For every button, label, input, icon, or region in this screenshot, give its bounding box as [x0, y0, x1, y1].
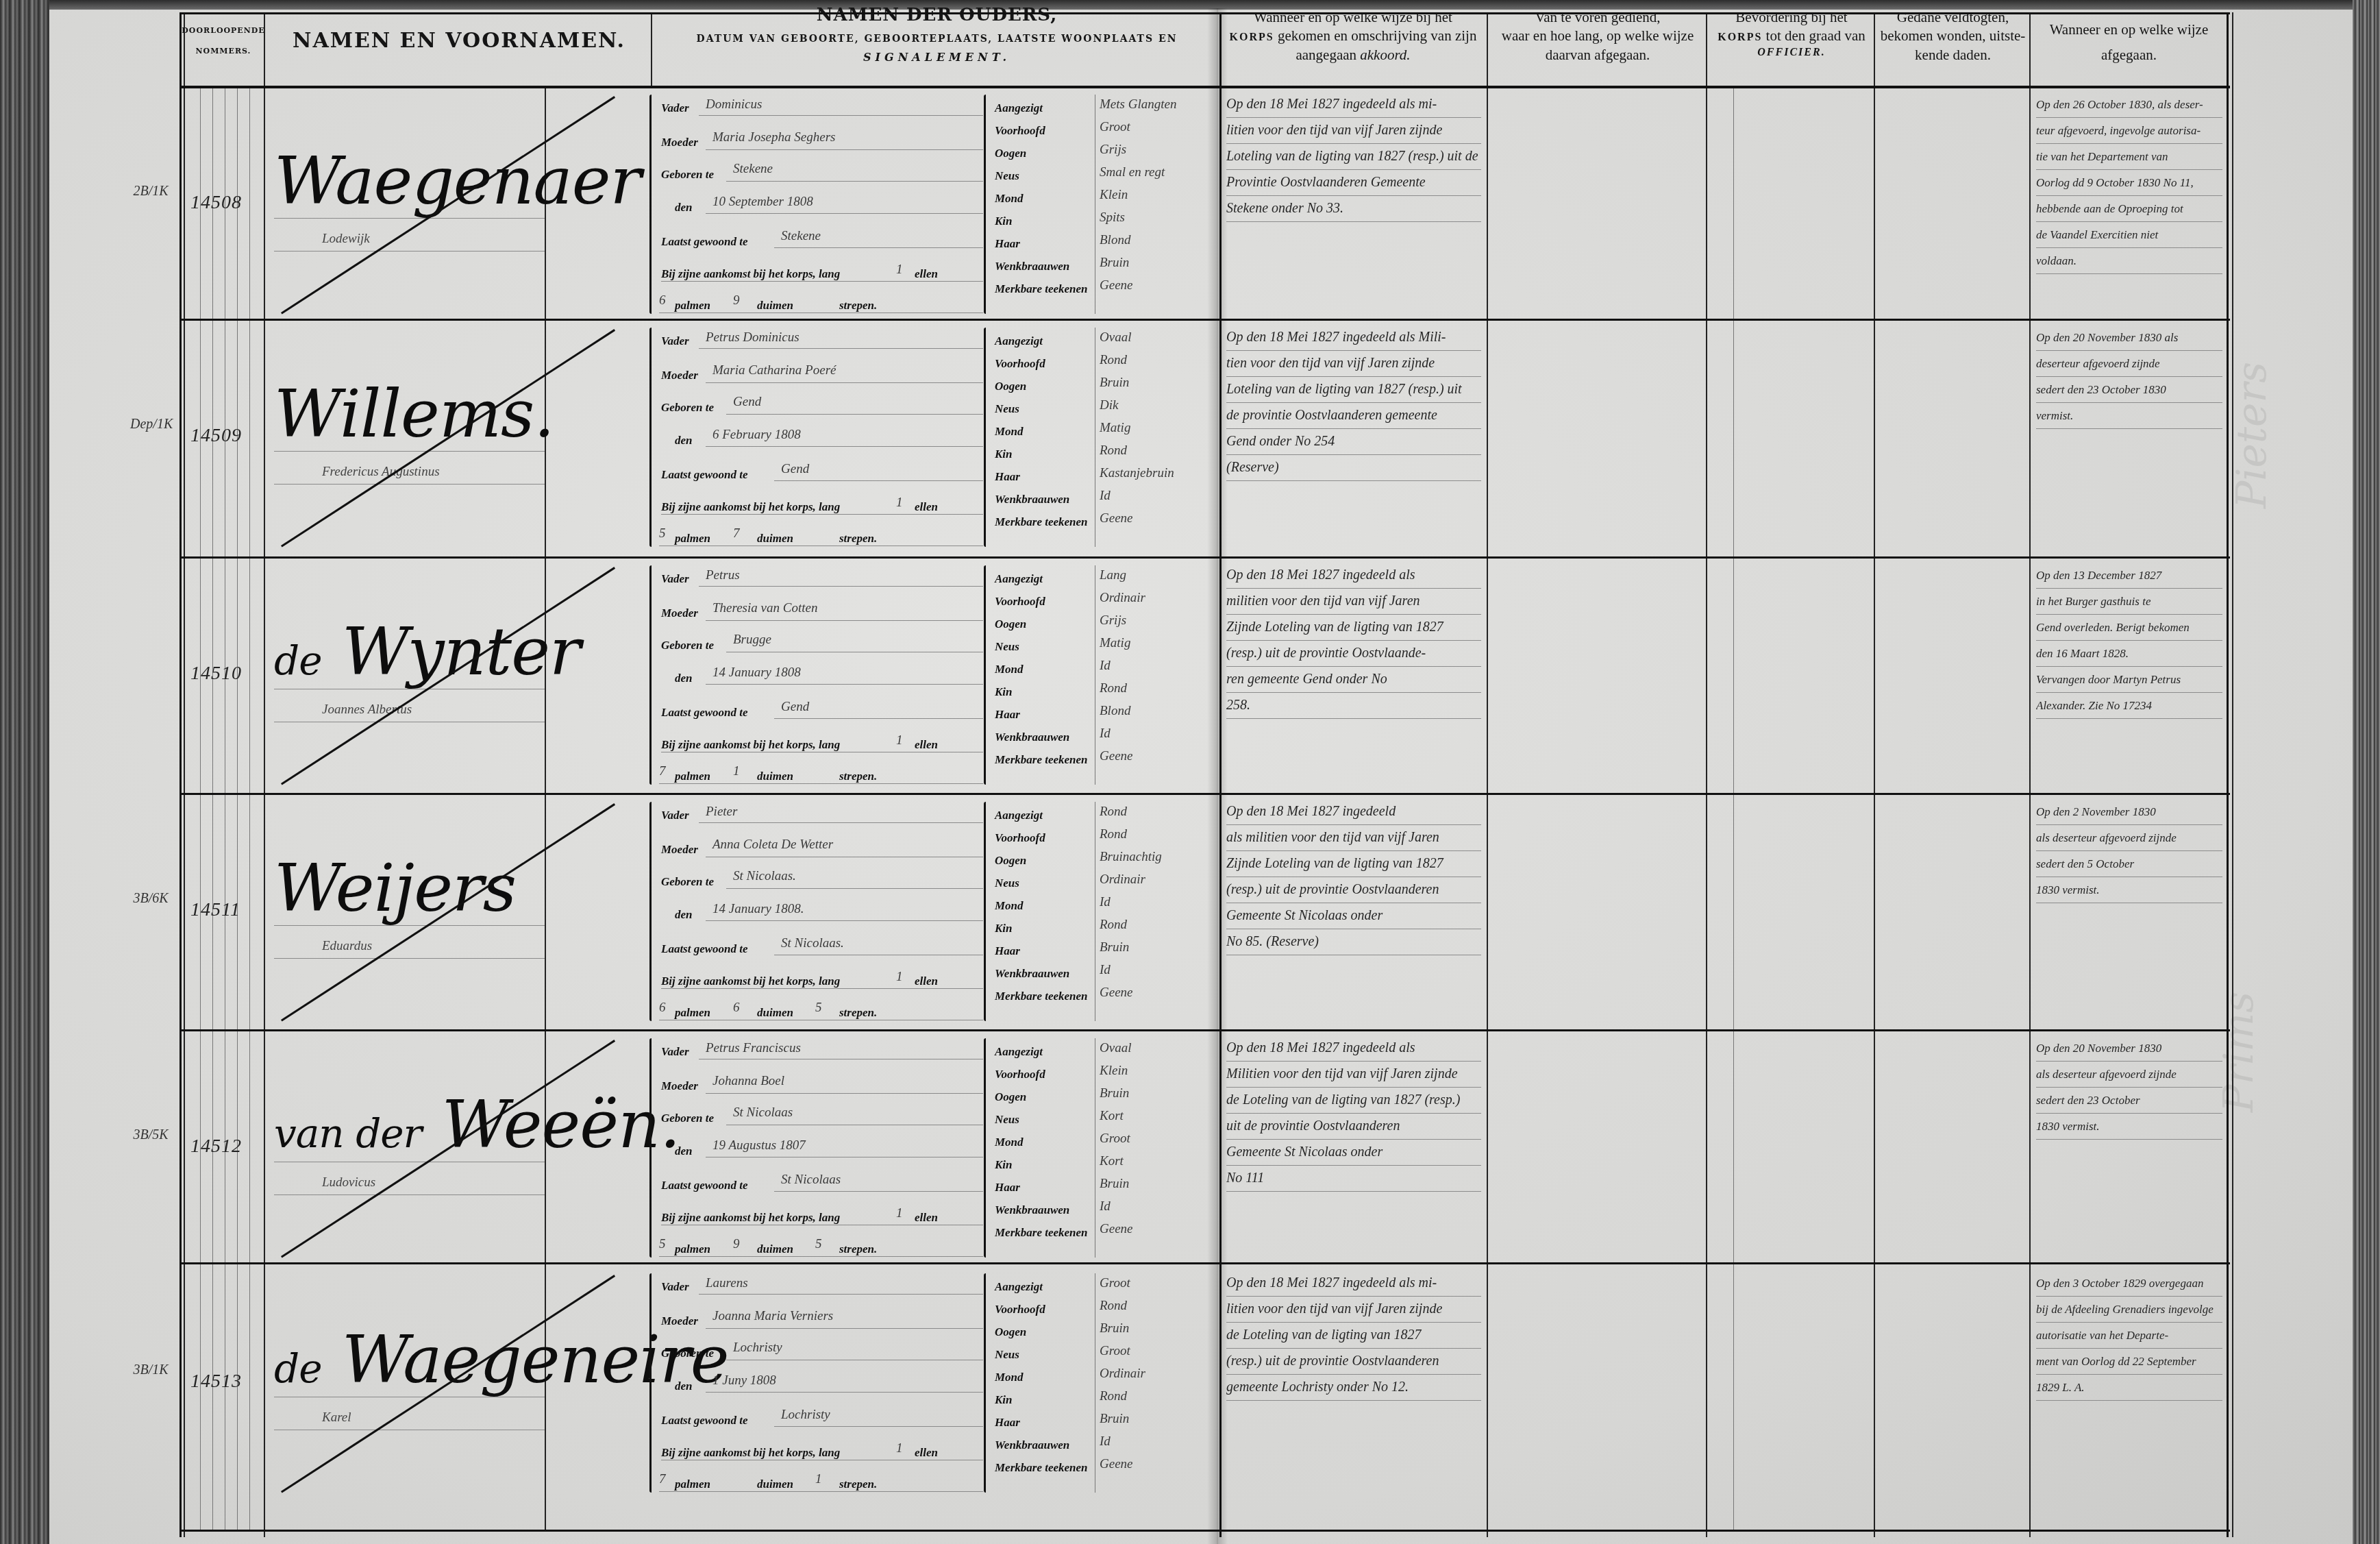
akkoord-text: Op den 18 Mei 1827 ingedeeld alsmilitien… — [1226, 563, 1481, 719]
rule — [774, 480, 983, 481]
value-vader: Pieter — [706, 805, 737, 820]
rule — [659, 1020, 983, 1020]
label-kin: Kin — [995, 1393, 1013, 1407]
label-moeder: Moeder — [661, 606, 698, 620]
handwritten-line: Op den 20 November 1830 als — [2036, 325, 2222, 351]
label-palmen: palmen — [675, 1478, 710, 1491]
label-aangezigt: Aangezigt — [995, 809, 1043, 822]
value-den: 19 Augustus 1807 — [712, 1138, 806, 1153]
register-entry: 2B/1K 14508 Waegenaer Lodewijk Vader Dom… — [0, 88, 2380, 321]
handwritten-line: Op den 18 Mei 1827 ingedeeld als — [1226, 563, 1481, 589]
handwritten-line: sedert den 5 October — [2036, 851, 2222, 877]
rule — [706, 857, 983, 857]
margin-annotation: 3B/1K — [130, 1362, 171, 1377]
rule-vertical-faint — [1095, 1038, 1095, 1258]
value-den: 10 September 1808 — [712, 195, 813, 210]
label-palmen: palmen — [675, 770, 710, 783]
value-voorhoofd: Rond — [1100, 353, 1127, 368]
given-names: Lodewijk — [322, 232, 370, 247]
label-aankomst: Bij zijne aankomst bij het korps, lang — [661, 500, 840, 514]
value-kin: Rond — [1100, 443, 1127, 458]
label-wenkbraauwen: Wenkbraauwen — [995, 493, 1069, 506]
label-den: den — [675, 1144, 693, 1158]
given-names: Ludovicus — [322, 1175, 375, 1190]
value-moeder: Anna Coleta De Wetter — [712, 837, 833, 853]
label-wenkbraauwen: Wenkbraauwen — [995, 967, 1069, 981]
handwritten-line: sedert den 23 October — [2036, 1088, 2222, 1114]
handwritten-line: Op den 26 October 1830, als deser- — [2036, 92, 2222, 118]
handwritten-line: Gend onder No 254 — [1226, 429, 1481, 455]
rule — [706, 149, 983, 150]
value-merkbare: Geene — [1100, 1222, 1133, 1237]
rule — [659, 1491, 983, 1492]
rule — [661, 1225, 983, 1225]
label-voorhoofd: Voorhoofd — [995, 1068, 1045, 1081]
value-geboren: Stekene — [733, 162, 773, 177]
label-geboren: Geboren te — [661, 1347, 714, 1360]
label-geboren: Geboren te — [661, 168, 714, 182]
label-haar: Haar — [995, 708, 1020, 722]
value-kin: Rond — [1100, 681, 1127, 696]
label-merkbare: Merkbare teekenen — [995, 1226, 1088, 1240]
value-geboren: St Nicolaas. — [733, 869, 796, 884]
handwritten-line: den 16 Maart 1828. — [2036, 641, 2222, 667]
value-duimen: 9 — [733, 293, 740, 308]
label-ellen: ellen — [915, 1446, 938, 1460]
value-wenkbraauwen: Id — [1100, 1434, 1111, 1449]
value-laatst: Stekene — [781, 229, 821, 244]
name-baseline — [274, 218, 545, 219]
value-aangezigt: Mets Glangten — [1100, 97, 1176, 112]
rule — [661, 281, 983, 282]
handwritten-line: als militien voor den tijd van vijf Jare… — [1226, 825, 1481, 851]
label-merkbare: Merkbare teekenen — [995, 1461, 1088, 1475]
entry-number: 14509 — [190, 425, 242, 447]
label-duimen: duimen — [757, 1006, 793, 1020]
label-haar: Haar — [995, 944, 1020, 958]
rule — [706, 1328, 983, 1329]
handwritten-line: als deserteur afgevoerd zijnde — [2036, 1062, 2222, 1088]
rule-vertical-faint — [1095, 328, 1095, 547]
label-duimen: duimen — [757, 1242, 793, 1256]
label-neus: Neus — [995, 640, 1019, 654]
signalement-brace — [984, 328, 986, 547]
value-wenkbraauwen: Id — [1100, 1199, 1111, 1214]
rule — [659, 783, 983, 784]
margin-annotation: Dep/1K — [130, 417, 171, 432]
handwritten-line: Op den 13 December 1827 — [2036, 563, 2222, 589]
surname: Waegenaer — [274, 143, 641, 219]
value-laatst: St Nicolaas. — [781, 936, 844, 951]
afgegaan-text: Op den 3 October 1829 overgegaanbij de A… — [2036, 1271, 2222, 1401]
value-palmen: 5 — [659, 1237, 666, 1252]
handwritten-line: de provintie Oostvlaanderen gemeente — [1226, 403, 1481, 429]
rule — [726, 414, 983, 415]
label-vader: Vader — [661, 1280, 689, 1294]
value-haar: Blond — [1100, 704, 1130, 719]
label-wenkbraauwen: Wenkbraauwen — [995, 1438, 1069, 1452]
value-oogen: Bruin — [1100, 1321, 1129, 1336]
label-moeder: Moeder — [661, 1079, 698, 1093]
handwritten-line: voldaan. — [2036, 248, 2222, 274]
rule — [699, 115, 983, 116]
rule — [726, 181, 983, 182]
label-mond: Mond — [995, 663, 1024, 676]
handwritten-line: de Loteling van de ligting van 1827 — [1226, 1323, 1481, 1349]
label-vader: Vader — [661, 101, 689, 115]
value-palmen: 5 — [659, 526, 666, 541]
given-baseline — [274, 958, 545, 959]
value-voorhoofd: Groot — [1100, 120, 1130, 135]
afgegaan-text: Op den 20 November 1830 alsdeserteur afg… — [2036, 325, 2222, 429]
value-mond: Groot — [1100, 1131, 1130, 1147]
handwritten-line: hebbende aan de Oproeping tot — [2036, 196, 2222, 222]
surname: Willems. — [274, 376, 554, 452]
afgegaan-text: Op den 26 October 1830, als deser-teur a… — [2036, 92, 2222, 274]
value-laatst: St Nicolaas — [781, 1173, 841, 1188]
label-kin: Kin — [995, 685, 1013, 699]
label-den: den — [675, 434, 693, 448]
label-aankomst: Bij zijne aankomst bij het korps, lang — [661, 1211, 840, 1225]
label-palmen: palmen — [675, 532, 710, 546]
akkoord-text: Op den 18 Mei 1827 ingedeeld als mi-liti… — [1226, 92, 1481, 222]
signalement-brace — [984, 802, 986, 1021]
label-palmen: palmen — [675, 1006, 710, 1020]
label-neus: Neus — [995, 877, 1019, 890]
label-mond: Mond — [995, 899, 1024, 913]
label-kin: Kin — [995, 215, 1013, 228]
handwritten-line: Op den 18 Mei 1827 ingedeeld als — [1226, 1036, 1481, 1062]
name-baseline — [274, 925, 545, 926]
handwritten-line: militien voor den tijd van vijf Jaren — [1226, 589, 1481, 615]
akkoord-text: Op den 18 Mei 1827 ingedeeldals militien… — [1226, 799, 1481, 955]
rule — [726, 1125, 983, 1125]
label-merkbare: Merkbare teekenen — [995, 515, 1088, 529]
rule — [661, 514, 983, 515]
value-voorhoofd: Ordinair — [1100, 591, 1145, 606]
value-aangezigt: Lang — [1100, 568, 1126, 583]
label-laatst: Laatst gewoond te — [661, 1414, 748, 1427]
value-den: 14 January 1808. — [712, 902, 804, 917]
rule — [699, 586, 983, 587]
handwritten-line: Op den 18 Mei 1827 ingedeeld — [1226, 799, 1481, 825]
handwritten-line: ment van Oorlog dd 22 September — [2036, 1349, 2222, 1375]
value-den: 6 February 1808 — [712, 428, 801, 443]
value-kin: Rond — [1100, 918, 1127, 933]
given-baseline — [274, 1430, 545, 1430]
value-oogen: Grijs — [1100, 143, 1126, 158]
value-mond: Klein — [1100, 188, 1128, 203]
label-palmen: palmen — [675, 299, 710, 313]
rule — [699, 822, 983, 823]
handwritten-line: Op den 18 Mei 1827 ingedeeld als Mili- — [1226, 325, 1481, 351]
register-entry: 3B/6K 14511 Weijers Eduardus Vader Piete… — [0, 795, 2380, 1031]
label-ellen: ellen — [915, 738, 938, 752]
parents-brace — [649, 328, 652, 547]
rule — [726, 1360, 983, 1360]
parents-brace — [649, 802, 652, 1021]
handwritten-line: Loteling van de ligting van 1827 (resp.)… — [1226, 144, 1481, 170]
label-laatst: Laatst gewoond te — [661, 942, 748, 956]
parents-brace — [649, 565, 652, 785]
value-mond: Id — [1100, 895, 1111, 910]
label-aankomst: Bij zijne aankomst bij het korps, lang — [661, 267, 840, 281]
value-aangezigt: Ovaal — [1100, 1041, 1131, 1056]
rule — [774, 718, 983, 719]
rule — [699, 1059, 983, 1059]
value-haar: Blond — [1100, 233, 1130, 248]
value-vader: Petrus Franciscus — [706, 1041, 801, 1056]
handwritten-line: Vervangen door Martyn Petrus — [2036, 667, 2222, 693]
label-ellen: ellen — [915, 975, 938, 988]
label-den: den — [675, 1380, 693, 1393]
rule — [659, 1256, 983, 1257]
value-haar: Bruin — [1100, 1177, 1129, 1192]
value-neus: Kort — [1100, 1109, 1124, 1124]
value-duimen: 9 — [733, 1237, 740, 1252]
handwritten-line: gemeente Lochristy onder No 12. — [1226, 1375, 1481, 1401]
label-voorhoofd: Voorhoofd — [995, 831, 1045, 845]
parents-brace — [649, 1273, 652, 1493]
label-palmen: palmen — [675, 1242, 710, 1256]
label-ellen: ellen — [915, 500, 938, 514]
label-mond: Mond — [995, 1136, 1024, 1149]
value-ellen: 1 — [896, 1206, 903, 1221]
header-afgegaan: Wanneer en op welke wijze afgegaan. — [2031, 21, 2227, 65]
label-mond: Mond — [995, 425, 1024, 439]
label-voorhoofd: Voorhoofd — [995, 124, 1045, 138]
label-mond: Mond — [995, 1371, 1024, 1384]
rule — [706, 684, 983, 685]
rule — [706, 1392, 983, 1393]
value-merkbare: Geene — [1100, 278, 1133, 293]
handwritten-line: Gemeente St Nicolaas onder — [1226, 1140, 1481, 1166]
label-duimen: duimen — [757, 532, 793, 546]
handwritten-line: tie van het Departement van — [2036, 144, 2222, 170]
value-oogen: Bruin — [1100, 376, 1129, 391]
label-kin: Kin — [995, 1158, 1013, 1172]
value-kin: Rond — [1100, 1389, 1127, 1404]
handwritten-line: 1830 vermist. — [2036, 1114, 2222, 1140]
label-den: den — [675, 908, 693, 922]
value-oogen: Bruin — [1100, 1086, 1129, 1101]
handwritten-line: Militien voor den tijd van vijf Jaren zi… — [1226, 1062, 1481, 1088]
label-strepen: strepen. — [839, 299, 877, 313]
value-den: 14 January 1808 — [712, 665, 801, 681]
rule — [699, 348, 983, 349]
rule — [659, 313, 983, 313]
label-aangezigt: Aangezigt — [995, 572, 1043, 586]
label-oogen: Oogen — [995, 617, 1026, 631]
rule — [774, 1191, 983, 1192]
handwritten-line: de Vaandel Exercitien niet — [2036, 222, 2222, 248]
label-neus: Neus — [995, 1113, 1019, 1127]
register-entry: Dep/1K 14509 Willems. Fredericus Augusti… — [0, 321, 2380, 559]
handwritten-line: Alexander. Zie No 17234 — [2036, 693, 2222, 719]
handwritten-line: ren gemeente Gend onder No — [1226, 667, 1481, 693]
rule-vertical-faint — [1095, 95, 1095, 314]
label-duimen: duimen — [757, 770, 793, 783]
rule-bottom — [182, 1530, 2230, 1532]
rule — [699, 1294, 983, 1295]
rule — [774, 955, 983, 955]
rule — [706, 1157, 983, 1157]
given-baseline — [274, 484, 545, 485]
label-aangezigt: Aangezigt — [995, 334, 1043, 348]
rule — [706, 620, 983, 621]
handwritten-line: Zijnde Loteling van de ligting van 1827 — [1226, 851, 1481, 877]
value-vader: Petrus Dominicus — [706, 330, 799, 345]
given-baseline — [274, 251, 545, 252]
register-entry: 14510 de Wynter Joannes Albertus Vader P… — [0, 559, 2380, 795]
value-haar: Bruin — [1100, 940, 1129, 955]
given-names: Fredericus Augustinus — [322, 465, 440, 480]
label-strepen: strepen. — [839, 1006, 877, 1020]
rule — [774, 1426, 983, 1427]
given-baseline — [274, 722, 545, 722]
rule-vertical — [651, 12, 652, 88]
value-mond: Ordinair — [1100, 1367, 1145, 1382]
label-duimen: duimen — [757, 1478, 793, 1491]
label-wenkbraauwen: Wenkbraauwen — [995, 260, 1069, 273]
handwritten-line: Op den 3 October 1829 overgegaan — [2036, 1271, 2222, 1297]
entry-number: 14510 — [190, 663, 242, 685]
value-aangezigt: Rond — [1100, 805, 1127, 820]
given-names: Karel — [322, 1410, 351, 1425]
value-wenkbraauwen: Id — [1100, 726, 1111, 742]
value-moeder: Maria Catharina Poeré — [712, 363, 836, 378]
label-wenkbraauwen: Wenkbraauwen — [995, 1203, 1069, 1217]
signalement-brace — [984, 565, 986, 785]
label-neus: Neus — [995, 169, 1019, 183]
rule — [706, 920, 983, 921]
label-vader: Vader — [661, 334, 689, 348]
label-vader: Vader — [661, 809, 689, 822]
handwritten-line: in het Burger gasthuis te — [2036, 589, 2222, 615]
value-palmen: 7 — [659, 764, 666, 779]
value-oogen: Grijs — [1100, 613, 1126, 628]
handwritten-line: Zijnde Loteling van de ligting van 1827 — [1226, 615, 1481, 641]
handwritten-line: uit de provintie Oostvlaanderen — [1226, 1114, 1481, 1140]
value-palmen: 7 — [659, 1472, 666, 1487]
value-aangezigt: Ovaal — [1100, 330, 1131, 345]
value-voorhoofd: Rond — [1100, 1299, 1127, 1314]
value-voorhoofd: Klein — [1100, 1064, 1128, 1079]
rule — [706, 446, 983, 447]
label-oogen: Oogen — [995, 1325, 1026, 1339]
handwritten-line: bij de Afdeeling Grenadiers ingevolge — [2036, 1297, 2222, 1323]
rule — [661, 1460, 983, 1460]
value-merkbare: Geene — [1100, 985, 1133, 1001]
label-geboren: Geboren te — [661, 875, 714, 889]
label-geboren: Geboren te — [661, 639, 714, 652]
akkoord-text: Op den 18 Mei 1827 ingedeeld als Mili-ti… — [1226, 325, 1481, 481]
name-baseline — [274, 451, 545, 452]
rule-vertical-faint — [1095, 1273, 1095, 1493]
value-wenkbraauwen: Bruin — [1100, 256, 1129, 271]
handwritten-line: Oorlog dd 9 October 1830 No 11, — [2036, 170, 2222, 196]
register-entry: 3B/5K 14512 van der Weeën. Ludovicus Vad… — [0, 1031, 2380, 1266]
label-laatst: Laatst gewoond te — [661, 468, 748, 482]
value-kin: Spits — [1100, 210, 1125, 225]
value-kin: Kort — [1100, 1154, 1124, 1169]
label-laatst: Laatst gewoond te — [661, 706, 748, 720]
value-moeder: Joanna Maria Verniers — [712, 1309, 833, 1324]
rule — [726, 652, 983, 652]
header-names: NAMEN EN VOORNAMEN. — [267, 27, 651, 54]
label-kin: Kin — [995, 448, 1013, 461]
header-bevordering: Bevordering bij het KORPS tot den graad … — [1709, 8, 1874, 60]
value-geboren: St Nicolaas — [733, 1105, 793, 1120]
handwritten-line: Gemeente St Nicolaas onder — [1226, 903, 1481, 929]
value-geboren: Lochristy — [733, 1340, 782, 1356]
surname: van der Weeën. — [274, 1086, 680, 1163]
value-duimen: 7 — [733, 526, 740, 541]
value-vader: Laurens — [706, 1276, 748, 1291]
handwritten-line: teur afgevoerd, ingevolge autorisa- — [2036, 118, 2222, 144]
value-palmen: 6 — [659, 293, 666, 308]
label-voorhoofd: Voorhoofd — [995, 595, 1045, 609]
label-oogen: Oogen — [995, 380, 1026, 393]
label-strepen: strepen. — [839, 532, 877, 546]
label-moeder: Moeder — [661, 136, 698, 149]
label-aankomst: Bij zijne aankomst bij het korps, lang — [661, 738, 840, 752]
margin-annotation: 3B/5K — [130, 1127, 171, 1142]
value-palmen: 6 — [659, 1001, 666, 1016]
label-laatst: Laatst gewoond te — [661, 1179, 748, 1192]
label-haar: Haar — [995, 1181, 1020, 1194]
label-aangezigt: Aangezigt — [995, 1045, 1043, 1059]
akkoord-text: Op den 18 Mei 1827 ingedeeld als mi-liti… — [1226, 1271, 1481, 1401]
rule — [659, 546, 983, 546]
value-neus: Groot — [1100, 1344, 1130, 1359]
value-strepen: 5 — [815, 1237, 822, 1252]
value-neus: Smal en regt — [1100, 165, 1165, 180]
handwritten-line: 258. — [1226, 693, 1481, 719]
value-strepen: 1 — [815, 1472, 822, 1487]
value-moeder: Maria Josepha Seghers — [712, 130, 835, 145]
value-ellen: 1 — [896, 733, 903, 748]
parents-brace — [649, 1038, 652, 1258]
signalement-brace — [984, 1273, 986, 1493]
value-den: 1 Juny 1808 — [712, 1373, 776, 1388]
label-moeder: Moeder — [661, 1314, 698, 1328]
handwritten-line: autorisatie van het Departe- — [2036, 1323, 2222, 1349]
rule — [661, 752, 983, 752]
afgegaan-text: Op den 20 November 1830als deserteur afg… — [2036, 1036, 2222, 1140]
value-vader: Petrus — [706, 568, 740, 583]
handwritten-line: Op den 20 November 1830 — [2036, 1036, 2222, 1062]
label-oogen: Oogen — [995, 1090, 1026, 1104]
value-neus: Dik — [1100, 398, 1118, 413]
rule — [706, 213, 983, 214]
entry-number: 14508 — [190, 192, 242, 214]
header-numbers: DOORLOOPENDE NOMMERS. — [182, 26, 265, 57]
value-ellen: 1 — [896, 495, 903, 511]
handwritten-line: Loteling van de ligting van 1827 (resp.)… — [1226, 377, 1481, 403]
value-haar: Kastanjebruin — [1100, 466, 1174, 481]
afgegaan-text: Op den 13 December 1827in het Burger gas… — [2036, 563, 2222, 719]
handwritten-line: (resp.) uit de provintie Oostvlaanderen — [1226, 877, 1481, 903]
value-aangezigt: Groot — [1100, 1276, 1130, 1291]
handwritten-line: de Loteling van de ligting van 1827 (res… — [1226, 1088, 1481, 1114]
document-page: Pieters Prims DOORLOOPENDE NOMMERS. NAME… — [0, 0, 2380, 1544]
name-baseline — [274, 689, 545, 689]
handwritten-line: No 85. (Reserve) — [1226, 929, 1481, 955]
entry-number: 14511 — [190, 899, 240, 921]
handwritten-line: (resp.) uit de provintie Oostvlaanderen — [1226, 1349, 1481, 1375]
handwritten-line: tien voor den tijd van vijf Jaren zijnde — [1226, 351, 1481, 377]
